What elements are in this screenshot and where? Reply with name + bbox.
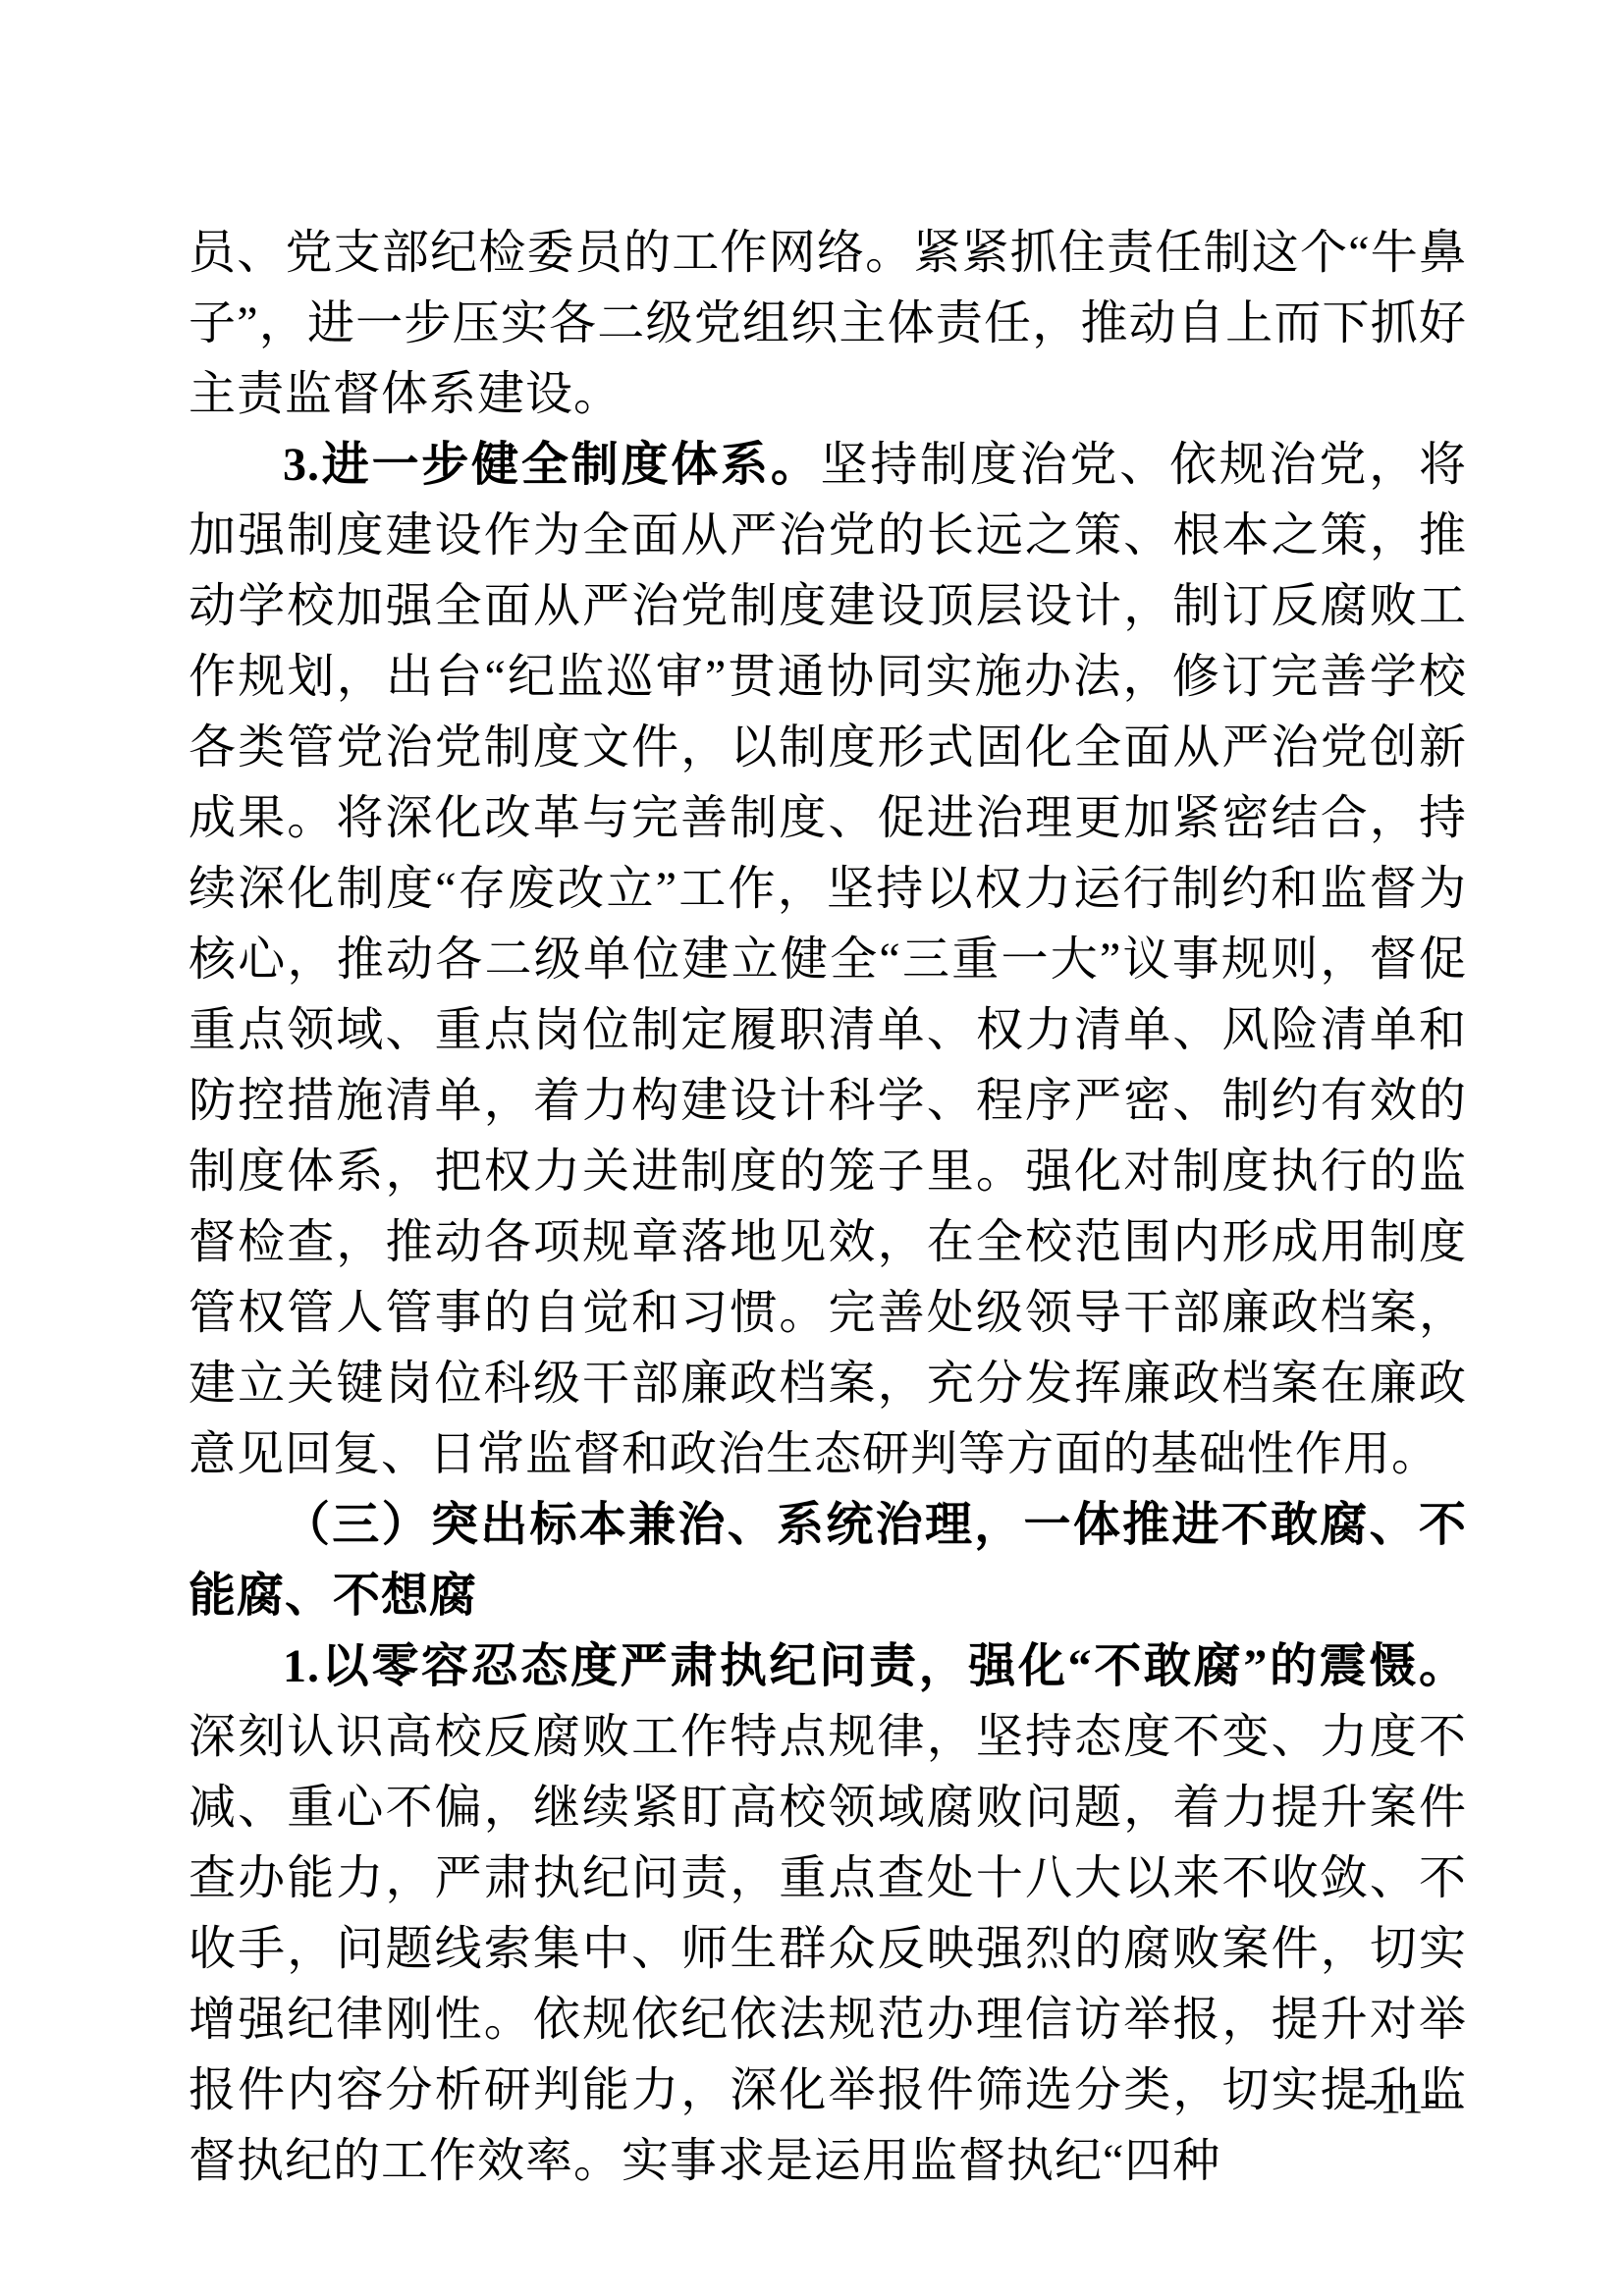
document-page: 员、党支部纪检委员的工作网络。紧紧抓住责任制这个“牛鼻子”，进一步压实各二级党组… <box>0 0 1624 2296</box>
paragraph: 员、党支部纪检委员的工作网络。紧紧抓住责任制这个“牛鼻子”，进一步压实各二级党组… <box>189 218 1467 430</box>
paragraph: 3.进一步健全制度体系。坚持制度治党、依规治党，将加强制度建设作为全面从严治党的… <box>189 430 1467 1490</box>
body-text-segment: 深刻认识高校反腐败工作特点规律，坚持态度不变、力度不减、重心不偏，继续紧盯高校领… <box>189 1711 1467 2187</box>
paragraph: （三）突出标本兼治、系统治理，一体推进不敢腐、不能腐、不想腐 <box>189 1490 1467 1631</box>
paragraph: 1.以零容忍态度严肃执纪问责，强化“不敢腐”的震慑。深刻认识高校反腐败工作特点规… <box>189 1631 1467 2197</box>
heading-segment: 3.进一步健全制度体系。 <box>283 439 821 491</box>
body-text-segment: 员、党支部纪检委员的工作网络。紧紧抓住责任制这个“牛鼻子”，进一步压实各二级党组… <box>189 227 1467 420</box>
page-number: -11- <box>1363 2073 1441 2124</box>
body-text-segment: 坚持制度治党、依规治党，将加强制度建设作为全面从严治党的长远之策、根本之策，推动… <box>189 439 1467 1480</box>
text-block: 员、党支部纪检委员的工作网络。紧紧抓住责任制这个“牛鼻子”，进一步压实各二级党组… <box>189 218 1467 2197</box>
heading-segment: （三）突出标本兼治、系统治理，一体推进不敢腐、不能腐、不想腐 <box>189 1499 1467 1622</box>
heading-segment: 1.以零容忍态度严肃执纪问责，强化“不敢腐”的震慑。 <box>283 1640 1467 1692</box>
